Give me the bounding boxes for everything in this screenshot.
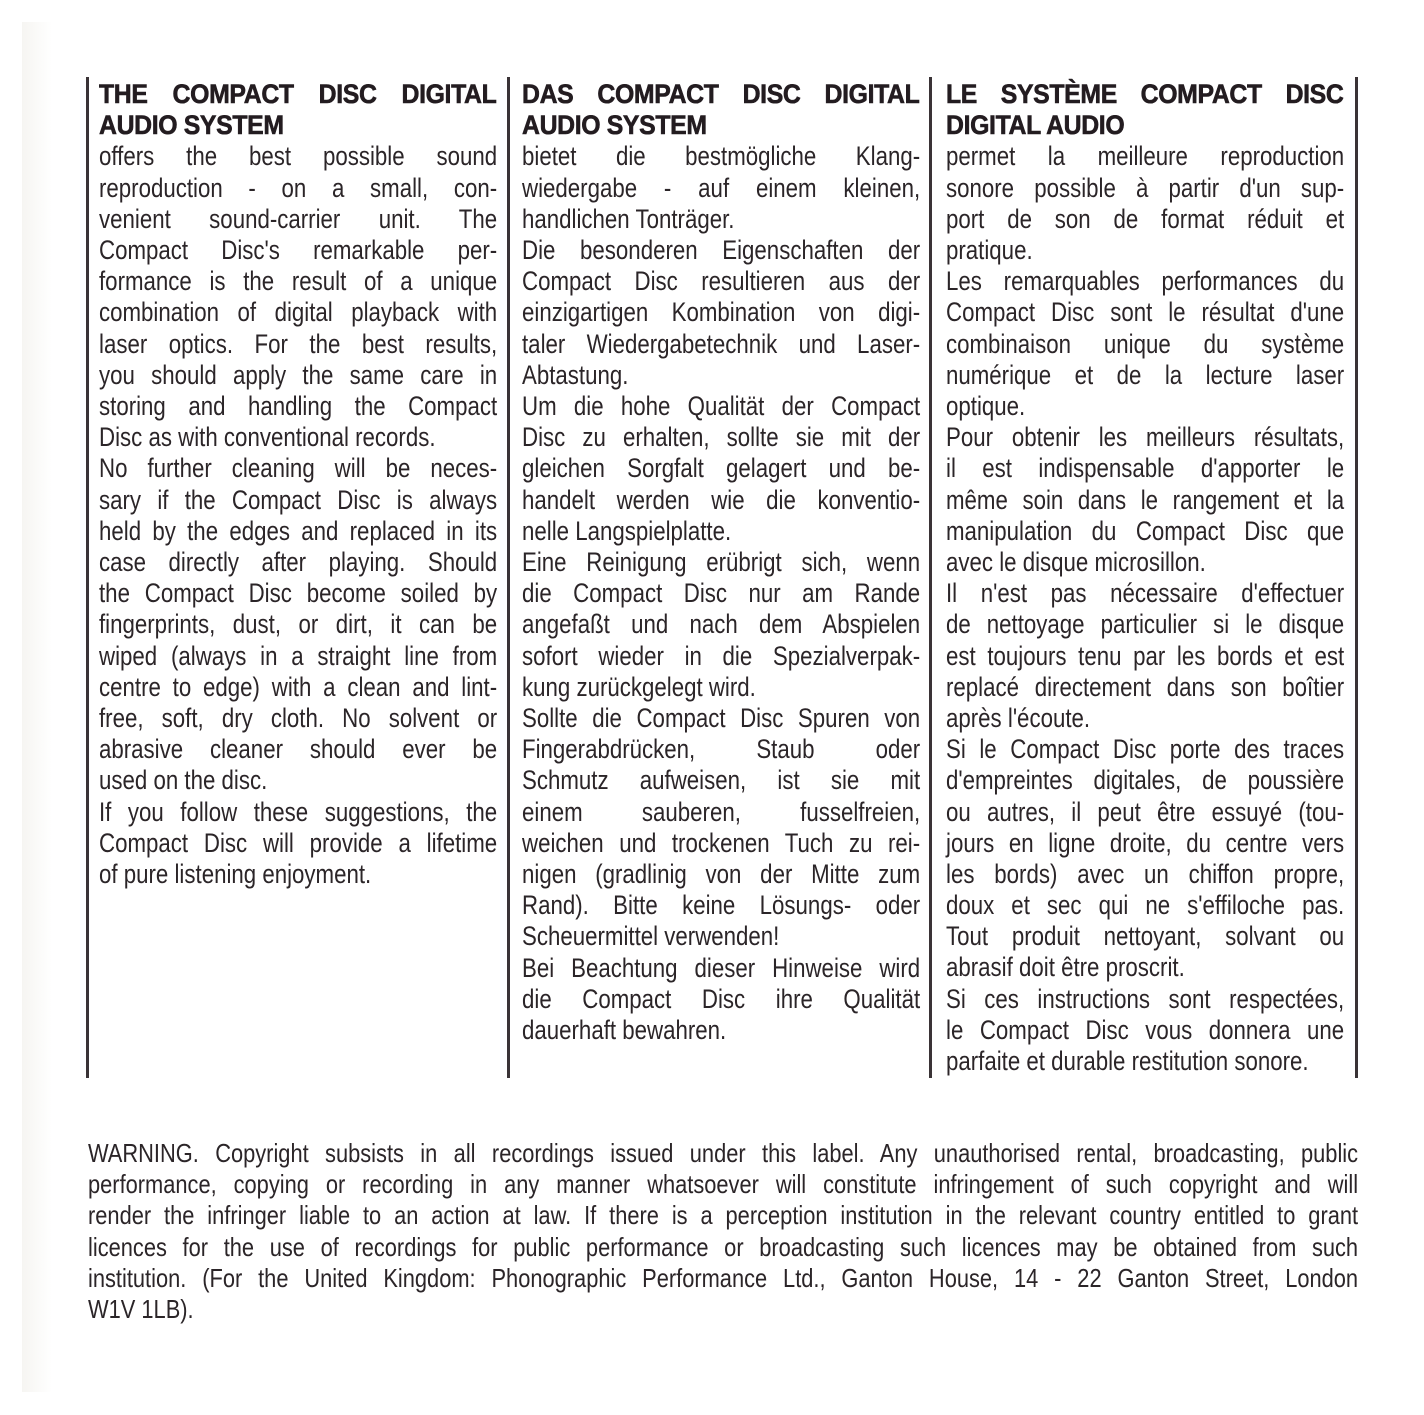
- text-line: kung zurückgelegt wird.: [522, 672, 920, 703]
- text-line: Pour obtenir les meilleurs résultats,: [946, 422, 1344, 453]
- text-line: permet la meilleure reproduction: [946, 141, 1344, 172]
- column-rule-right: [1355, 77, 1358, 1078]
- text-line: il est indispensable d'apporter le: [946, 453, 1344, 484]
- text-line: Si le Compact Disc porte des traces: [946, 734, 1344, 765]
- text-line: Abtastung.: [522, 360, 920, 391]
- text-line: combinaison unique du système: [946, 329, 1344, 360]
- text-line: Compact Disc's remarkable per-: [99, 235, 497, 266]
- text-line: THE COMPACT DISC DIGITAL: [99, 79, 496, 110]
- text-line: sonore possible à partir d'un sup-: [946, 173, 1344, 204]
- text-line: handelt werden wie die konventio-: [522, 485, 920, 516]
- text-line: abrasif doit être proscrit.: [946, 952, 1344, 983]
- paragraph: Eine Reinigung erübrigt sich, wenndie Co…: [522, 547, 920, 703]
- text-line: of pure listening enjoyment.: [99, 859, 497, 890]
- text-line: Sollte die Compact Disc Spuren von: [522, 703, 920, 734]
- text-line: sary if the Compact Disc is always: [99, 485, 497, 516]
- text-line: offers the best possible sound: [99, 141, 497, 172]
- text-line: AUDIO SYSTEM: [99, 110, 496, 141]
- paragraph: If you follow these suggestions, theComp…: [99, 797, 497, 891]
- text-line: weichen und trockenen Tuch zu rei-: [522, 828, 920, 859]
- text-line: avec le disque microsillon.: [946, 547, 1344, 578]
- text-line: performance, copying or recording in any…: [88, 1169, 1358, 1200]
- text-line: Disc zu erhalten, sollte sie mit der: [522, 422, 920, 453]
- column-french: LE SYSTÈME COMPACT DISCDIGITAL AUDIO per…: [946, 79, 1344, 1077]
- text-line: WARNING. Copyright subsists in all recor…: [88, 1138, 1358, 1169]
- text-line: Compact Disc will provide a lifetime: [99, 828, 497, 859]
- text-line: de nettoyage particulier si le disque: [946, 609, 1344, 640]
- text-line: optique.: [946, 391, 1344, 422]
- text-line: Scheuermittel verwenden!: [522, 921, 920, 952]
- paragraph: bietet die bestmögliche Klang-wiedergabe…: [522, 141, 920, 235]
- text-line: the Compact Disc become soiled by: [99, 578, 497, 609]
- column-rule-left: [86, 77, 89, 1078]
- text-line: nelle Langspielplatte.: [522, 516, 920, 547]
- paragraph: No further cleaning will be neces-sary i…: [99, 453, 497, 796]
- text-line: Eine Reinigung erübrigt sich, wenn: [522, 547, 920, 578]
- text-line: Rand). Bitte keine Lösungs- oder: [522, 890, 920, 921]
- column-title: THE COMPACT DISC DIGITALAUDIO SYSTEM: [99, 79, 496, 141]
- text-line: Bei Beachtung dieser Hinweise wird: [522, 953, 920, 984]
- text-line: render the infringer liable to an action…: [88, 1200, 1358, 1231]
- text-line: wiped (always in a straight line from: [99, 641, 497, 672]
- text-line: ou autres, il peut être essuyé (tou-: [946, 797, 1344, 828]
- text-line: Tout produit nettoyant, solvant ou: [946, 921, 1344, 952]
- text-line: free, soft, dry cloth. No solvent or: [99, 703, 497, 734]
- text-line: AUDIO SYSTEM: [522, 110, 919, 141]
- paragraph: Les remarquables performances duCompact …: [946, 266, 1344, 422]
- text-line: centre to edge) with a clean and lint-: [99, 672, 497, 703]
- text-line: les bords) avec un chiffon propre,: [946, 859, 1344, 890]
- paragraph: Si ces instructions sont respectées,le C…: [946, 984, 1344, 1078]
- column-body: permet la meilleure reproductionsonore p…: [946, 141, 1344, 1077]
- text-line: d'empreintes digitales, de poussière: [946, 765, 1344, 796]
- text-line: sofort wieder in die Spezialverpak-: [522, 641, 920, 672]
- text-line: case directly after playing. Should: [99, 547, 497, 578]
- column-body: bietet die bestmögliche Klang-wiedergabe…: [522, 141, 920, 1046]
- paragraph: Si le Compact Disc porte des tracesd'emp…: [946, 734, 1344, 984]
- text-line: nigen (gradlinig von der Mitte zum: [522, 859, 920, 890]
- text-line: Il n'est pas nécessaire d'effectuer: [946, 578, 1344, 609]
- text-line: DIGITAL AUDIO: [946, 110, 1343, 141]
- text-line: pratique.: [946, 235, 1344, 266]
- copyright-warning: WARNING. Copyright subsists in all recor…: [88, 1138, 1358, 1325]
- text-line: jours en ligne droite, du centre vers: [946, 828, 1344, 859]
- text-line: einem sauberen, fusselfreien,: [522, 797, 920, 828]
- text-line: die Compact Disc ihre Qualität: [522, 984, 920, 1015]
- text-line: venient sound-carrier unit. The: [99, 204, 497, 235]
- paragraph: offers the best possible soundreproducti…: [99, 141, 497, 453]
- text-line: Disc as with conventional records.: [99, 422, 497, 453]
- column-title: DAS COMPACT DISC DIGITALAUDIO SYSTEM: [522, 79, 919, 141]
- column-rule-2: [929, 77, 932, 1078]
- text-line: le Compact Disc vous donnera une: [946, 1015, 1344, 1046]
- text-line: abrasive cleaner should ever be: [99, 734, 497, 765]
- paragraph: Um die hohe Qualität der CompactDisc zu …: [522, 391, 920, 547]
- text-line: licences for the use of recordings for p…: [88, 1232, 1358, 1263]
- column-body: offers the best possible soundreproducti…: [99, 141, 497, 890]
- text-line: Compact Disc resultieren aus der: [522, 266, 920, 297]
- text-line: même soin dans le rangement et la: [946, 485, 1344, 516]
- text-line: wiedergabe - auf einem kleinen,: [522, 173, 920, 204]
- column-german: DAS COMPACT DISC DIGITALAUDIO SYSTEM bie…: [522, 79, 920, 1046]
- text-line: institution. (For the United Kingdom: Ph…: [88, 1263, 1358, 1294]
- text-line: parfaite et durable restitution sonore.: [946, 1046, 1344, 1077]
- text-line: bietet die bestmögliche Klang-: [522, 141, 920, 172]
- text-line: DAS COMPACT DISC DIGITAL: [522, 79, 919, 110]
- text-line: numérique et de la lecture laser: [946, 360, 1344, 391]
- text-line: dauerhaft bewahren.: [522, 1015, 920, 1046]
- text-line: die Compact Disc nur am Rande: [522, 578, 920, 609]
- column-rule-1: [507, 77, 510, 1078]
- text-line: reproduction - on a small, con-: [99, 173, 497, 204]
- text-line: Si ces instructions sont respectées,: [946, 984, 1344, 1015]
- column-english: THE COMPACT DISC DIGITALAUDIO SYSTEM off…: [99, 79, 497, 890]
- text-line: Schmutz aufweisen, ist sie mit: [522, 765, 920, 796]
- column-title: LE SYSTÈME COMPACT DISCDIGITAL AUDIO: [946, 79, 1343, 141]
- text-line: you should apply the same care in: [99, 360, 497, 391]
- text-line: doux et sec qui ne s'effiloche pas.: [946, 890, 1344, 921]
- text-line: No further cleaning will be neces-: [99, 453, 497, 484]
- paragraph: Sollte die Compact Disc Spuren vonFinger…: [522, 703, 920, 953]
- text-line: après l'écoute.: [946, 703, 1344, 734]
- text-line: W1V 1LB).: [88, 1294, 1358, 1325]
- text-line: Um die hohe Qualität der Compact: [522, 391, 920, 422]
- text-line: manipulation du Compact Disc que: [946, 516, 1344, 547]
- text-line: fingerprints, dust, or dirt, it can be: [99, 609, 497, 640]
- text-line: replacé directement dans son boîtier: [946, 672, 1344, 703]
- text-line: If you follow these suggestions, the: [99, 797, 497, 828]
- text-line: gleichen Sorgfalt gelagert und be-: [522, 453, 920, 484]
- text-line: Fingerabdrücken, Staub oder: [522, 734, 920, 765]
- text-line: angefaßt und nach dem Abspielen: [522, 609, 920, 640]
- paragraph: Pour obtenir les meilleurs résultats,il …: [946, 422, 1344, 578]
- paragraph: Il n'est pas nécessaire d'effectuerde ne…: [946, 578, 1344, 734]
- text-line: Compact Disc sont le résultat d'une: [946, 297, 1344, 328]
- text-line: laser optics. For the best results,: [99, 329, 497, 360]
- text-line: port de son de format réduit et: [946, 204, 1344, 235]
- text-line: combination of digital playback with: [99, 297, 497, 328]
- warning-paragraph: WARNING. Copyright subsists in all recor…: [88, 1138, 1358, 1325]
- three-language-columns: THE COMPACT DISC DIGITALAUDIO SYSTEM off…: [86, 77, 1358, 1078]
- text-line: held by the edges and replaced in its: [99, 516, 497, 547]
- text-line: taler Wiedergabetechnik und Laser-: [522, 329, 920, 360]
- text-line: formance is the result of a unique: [99, 266, 497, 297]
- paragraph: Die besonderen Eigenschaften derCompact …: [522, 235, 920, 391]
- text-line: einzigartigen Kombination von digi-: [522, 297, 920, 328]
- text-line: Die besonderen Eigenschaften der: [522, 235, 920, 266]
- paragraph: permet la meilleure reproductionsonore p…: [946, 141, 1344, 266]
- text-line: storing and handling the Compact: [99, 391, 497, 422]
- paper-edge-shadow: [22, 22, 52, 1392]
- paragraph: Bei Beachtung dieser Hinweise wirddie Co…: [522, 953, 920, 1047]
- text-line: est toujours tenu par les bords et est: [946, 641, 1344, 672]
- text-line: LE SYSTÈME COMPACT DISC: [946, 79, 1343, 110]
- text-line: used on the disc.: [99, 765, 497, 796]
- text-line: Les remarquables performances du: [946, 266, 1344, 297]
- text-line: handlichen Tonträger.: [522, 204, 920, 235]
